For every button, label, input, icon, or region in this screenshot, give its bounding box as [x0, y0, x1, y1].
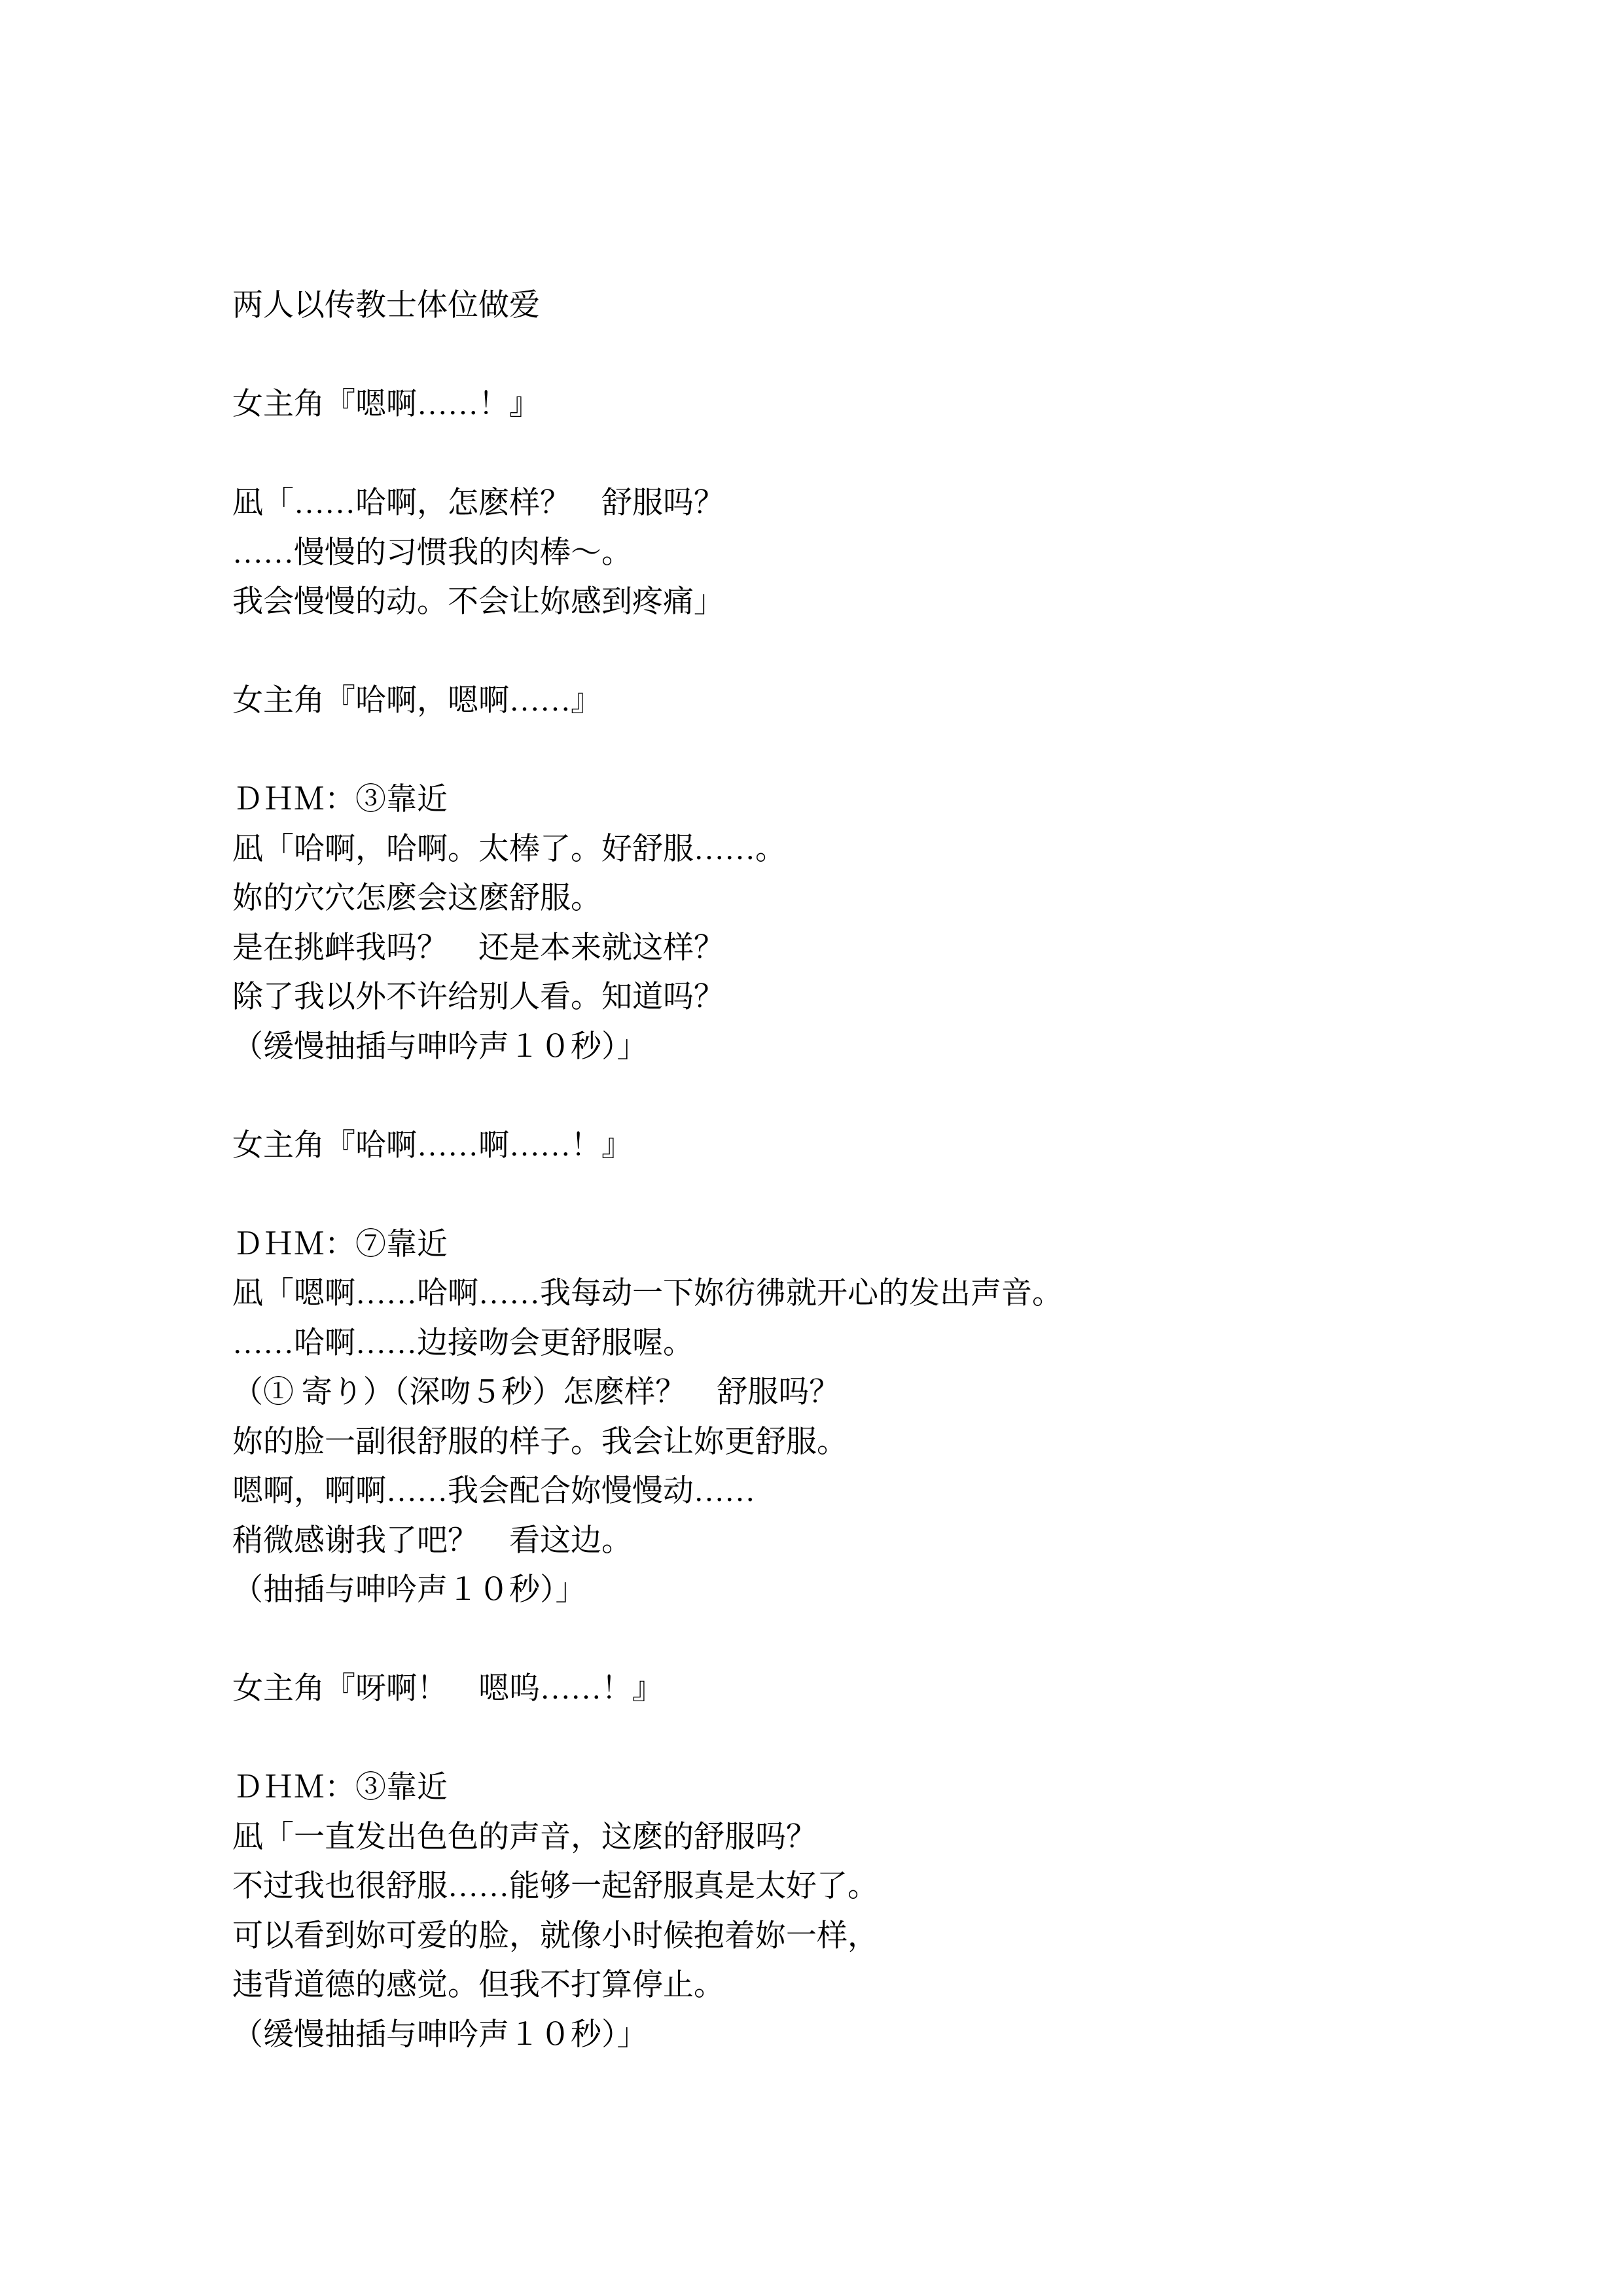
script-line: 凪「哈啊，哈啊。太棒了。好舒服……。	[232, 825, 1476, 875]
script-line: 凪「……哈啊，怎麽样？ 舒服吗？	[232, 479, 1476, 529]
script-line: 是在挑衅我吗？ 还是本来就这样？	[232, 924, 1476, 974]
script-line: 妳的穴穴怎麽会这麽舒服。	[232, 874, 1476, 924]
script-line: ＤＨＭ：③靠近	[232, 775, 1476, 825]
document-page: 两人以传教士体位做爱女主角『嗯啊……！』凪「……哈啊，怎麽样？ 舒服吗？……慢慢…	[0, 0, 1623, 2296]
scene-direction: 两人以传教士体位做爱	[232, 281, 1476, 331]
script-line: 女主角『呀啊！ 嗯呜……！』	[232, 1665, 1476, 1714]
dhm-nagi-dialogue: ＤＨＭ：③靠近凪「哈啊，哈啊。太棒了。好舒服……。妳的穴穴怎麽会这麽舒服。是在挑…	[232, 775, 1476, 1072]
script-line: （① 寄り）（深吻５秒）怎麽样？ 舒服吗？	[232, 1368, 1476, 1418]
script-line: ……慢慢的习惯我的肉棒～。	[232, 529, 1476, 578]
heroine-dialogue: 女主角『哈啊，嗯啊……』	[232, 677, 1476, 726]
script-text-column: 两人以传教士体位做爱女主角『嗯啊……！』凪「……哈啊，怎麽样？ 舒服吗？……慢慢…	[232, 281, 1476, 2110]
script-line: 嗯啊，啊啊……我会配合妳慢慢动……	[232, 1467, 1476, 1517]
script-line: 凪「一直发出色色的声音，这麽的舒服吗？	[232, 1813, 1476, 1863]
script-line: 女主角『嗯啊……！』	[232, 380, 1476, 430]
heroine-dialogue: 女主角『呀啊！ 嗯呜……！』	[232, 1665, 1476, 1714]
script-line: ……哈啊……边接吻会更舒服喔。	[232, 1319, 1476, 1369]
script-line: 女主角『哈啊……啊……！』	[232, 1122, 1476, 1171]
dhm-nagi-dialogue: ＤＨＭ：⑦靠近凪「嗯啊……哈啊……我每动一下妳彷彿就开心的发出声音。……哈啊………	[232, 1220, 1476, 1616]
dhm-nagi-dialogue: ＤＨＭ：③靠近凪「一直发出色色的声音，这麽的舒服吗？不过我也很舒服……能够一起舒…	[232, 1763, 1476, 2060]
script-line: ＤＨＭ：③靠近	[232, 1763, 1476, 1813]
nagi-dialogue: 凪「……哈啊，怎麽样？ 舒服吗？……慢慢的习惯我的肉棒～。我会慢慢的动。不会让妳…	[232, 479, 1476, 627]
script-line: 我会慢慢的动。不会让妳感到疼痛」	[232, 578, 1476, 627]
heroine-dialogue: 女主角『嗯啊……！』	[232, 380, 1476, 430]
script-line: 女主角『哈啊，嗯啊……』	[232, 677, 1476, 726]
heroine-dialogue: 女主角『哈啊……啊……！』	[232, 1122, 1476, 1171]
script-line: 可以看到妳可爱的脸，就像小时候抱着妳一样，	[232, 1912, 1476, 1962]
script-line: 凪「嗯啊……哈啊……我每动一下妳彷彿就开心的发出声音。	[232, 1269, 1476, 1319]
script-line: 违背道德的感觉。但我不打算停止。	[232, 1961, 1476, 2011]
script-line: （缓慢抽插与呻吟声１０秒）」	[232, 1023, 1476, 1072]
script-line: 稍微感谢我了吧？ 看这边。	[232, 1517, 1476, 1566]
script-line: 除了我以外不许给别人看。知道吗？	[232, 973, 1476, 1023]
script-line: （抽插与呻吟声１０秒）」	[232, 1566, 1476, 1616]
script-line: ＤＨＭ：⑦靠近	[232, 1220, 1476, 1270]
script-line: 不过我也很舒服……能够一起舒服真是太好了。	[232, 1862, 1476, 1912]
script-line: 两人以传教士体位做爱	[232, 281, 1476, 331]
script-line: （缓慢抽插与呻吟声１０秒）」	[232, 2011, 1476, 2060]
script-line: 妳的脸一副很舒服的样子。我会让妳更舒服。	[232, 1418, 1476, 1468]
